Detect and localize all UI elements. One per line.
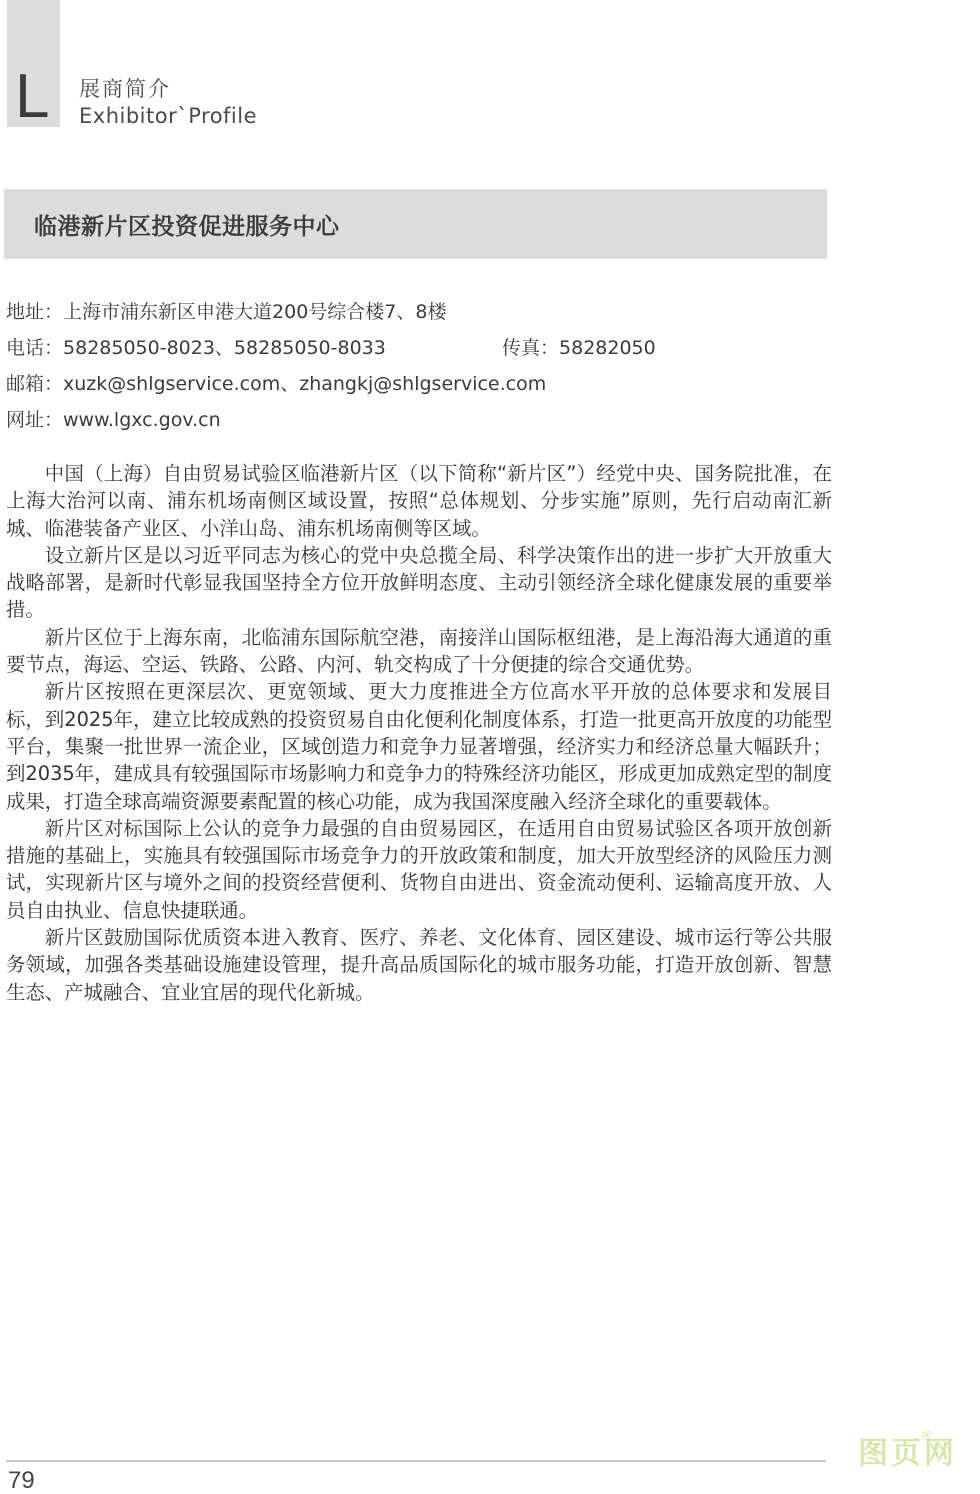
phone-row: 电话：58285050-8023、58285050-8033 传真：582820… <box>6 330 546 366</box>
fax-value: 58282050 <box>559 337 656 359</box>
footer-divider <box>6 1460 826 1462</box>
profile-body: 中国（上海）自由贸易试验区临港新片区（以下简称“新片区”）经党中央、国务院批准，… <box>6 460 832 1006</box>
website-label: 网址： <box>6 409 63 431</box>
email-value[interactable]: xuzk@shlgservice.com、zhangkj@shlgservice… <box>63 373 546 395</box>
email-row: 邮箱：xuzk@shlgservice.com、zhangkj@shlgserv… <box>6 366 546 402</box>
contact-info: 地址：上海市浦东新区申港大道200号综合楼7、8楼 电话：58285050-80… <box>6 294 546 438</box>
paragraph: 中国（上海）自由贸易试验区临港新片区（以下简称“新片区”）经党中央、国务院批准，… <box>6 460 832 542</box>
paragraph: 新片区对标国际上公认的竞争力最强的自由贸易园区，在适用自由贸易试验区各项开放创新… <box>6 815 832 924</box>
section-title-cn: 展商简介 <box>79 76 257 102</box>
email-label: 邮箱： <box>6 373 63 395</box>
exhibitor-title-banner: 临港新片区投资促进服务中心 <box>4 189 827 259</box>
section-header: 展商简介 Exhibitor`Profile <box>79 76 257 130</box>
fax-label: 传真： <box>502 337 559 359</box>
watermark-logo: 图页网 ® <box>858 1434 957 1474</box>
section-tab-letter: L <box>15 66 49 128</box>
website-row: 网址：www.lgxc.gov.cn <box>6 402 546 438</box>
paragraph: 新片区位于上海东南，北临浦东国际航空港，南接洋山国际枢纽港，是上海沿海大通道的重… <box>6 624 832 679</box>
registered-mark-icon: ® <box>920 1430 933 1443</box>
address-value: 上海市浦东新区申港大道200号综合楼7、8楼 <box>63 301 446 323</box>
section-tab: L <box>7 0 60 127</box>
website-link[interactable]: www.lgxc.gov.cn <box>63 409 221 431</box>
fax-field: 传真：58282050 <box>502 330 656 366</box>
address-label: 地址： <box>6 301 63 323</box>
phone-value: 58285050-8023、58285050-8033 <box>63 337 386 359</box>
paragraph: 新片区鼓励国际优质资本进入教育、医疗、养老、文化体育、园区建设、城市运行等公共服… <box>6 924 832 1006</box>
section-title-en: Exhibitor`Profile <box>79 102 257 130</box>
paragraph: 设立新片区是以习近平同志为核心的党中央总揽全局、科学决策作出的进一步扩大开放重大… <box>6 542 832 624</box>
phone-label: 电话： <box>6 337 63 359</box>
address-row: 地址：上海市浦东新区申港大道200号综合楼7、8楼 <box>6 294 546 330</box>
exhibitor-name: 临港新片区投资促进服务中心 <box>34 208 340 241</box>
paragraph: 新片区按照在更深层次、更宽领域、更大力度推进全方位高水平开放的总体要求和发展目标… <box>6 678 832 814</box>
watermark-text: 图页网 <box>858 1436 957 1471</box>
page-number: 79 <box>8 1468 35 1494</box>
